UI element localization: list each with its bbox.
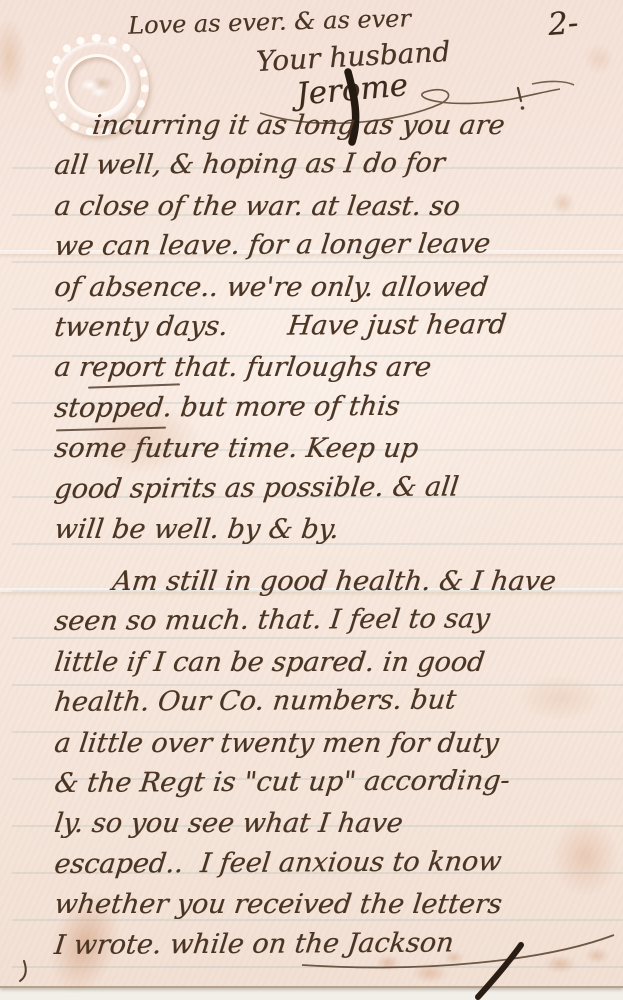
body-paragraph-1: incurring it as long as you are all well… <box>52 106 617 550</box>
letter-line: stopped. but more of this <box>52 385 622 429</box>
seal-monogram <box>79 68 115 102</box>
bottom-flourish <box>0 915 623 1000</box>
body-paragraph-2: Am still in good health. & I have seen s… <box>52 562 617 966</box>
letter-line: Am still in good health. & I have <box>52 562 622 602</box>
letter-line: some future time. Keep up <box>52 429 622 469</box>
closing-line: Love as ever. & as ever <box>128 4 411 39</box>
letter-line: twenty days. Have just heard <box>52 305 622 349</box>
letter-line: ly. so you see what I have <box>52 804 622 844</box>
letter-line: we can leave. for a longer leave <box>52 224 622 268</box>
letter-line: of absence.. we're only. allowed <box>52 268 622 308</box>
letter-line: all well, & hoping as I do for <box>52 143 622 187</box>
letter-line: incurring it as long as you are <box>52 106 622 146</box>
letter-line: health. Our Co. numbers. but <box>52 680 622 724</box>
letter-line: seen so much. that. I feel to say <box>52 599 622 643</box>
letter-line: & the Regt is "cut up" according- <box>52 761 622 805</box>
letter-line: escaped.. I feel anxious to know <box>52 841 622 885</box>
letter-line: a close of the war. at least. so <box>52 187 622 227</box>
letter-line: good spirits as possible. & all <box>52 466 622 510</box>
letter-line: a report that. furloughs are <box>52 348 622 388</box>
letter-line: will be well. by & by. <box>52 510 622 550</box>
stain <box>0 18 26 98</box>
letter-line: a little over twenty men for duty <box>52 724 622 764</box>
page-number: 2- <box>547 5 580 43</box>
letter-scan: Love as ever. & as ever 2- Your husband … <box>0 0 623 1000</box>
letter-page: Love as ever. & as ever 2- Your husband … <box>0 0 623 988</box>
letter-line: little if I can be spared. in good <box>52 643 622 683</box>
